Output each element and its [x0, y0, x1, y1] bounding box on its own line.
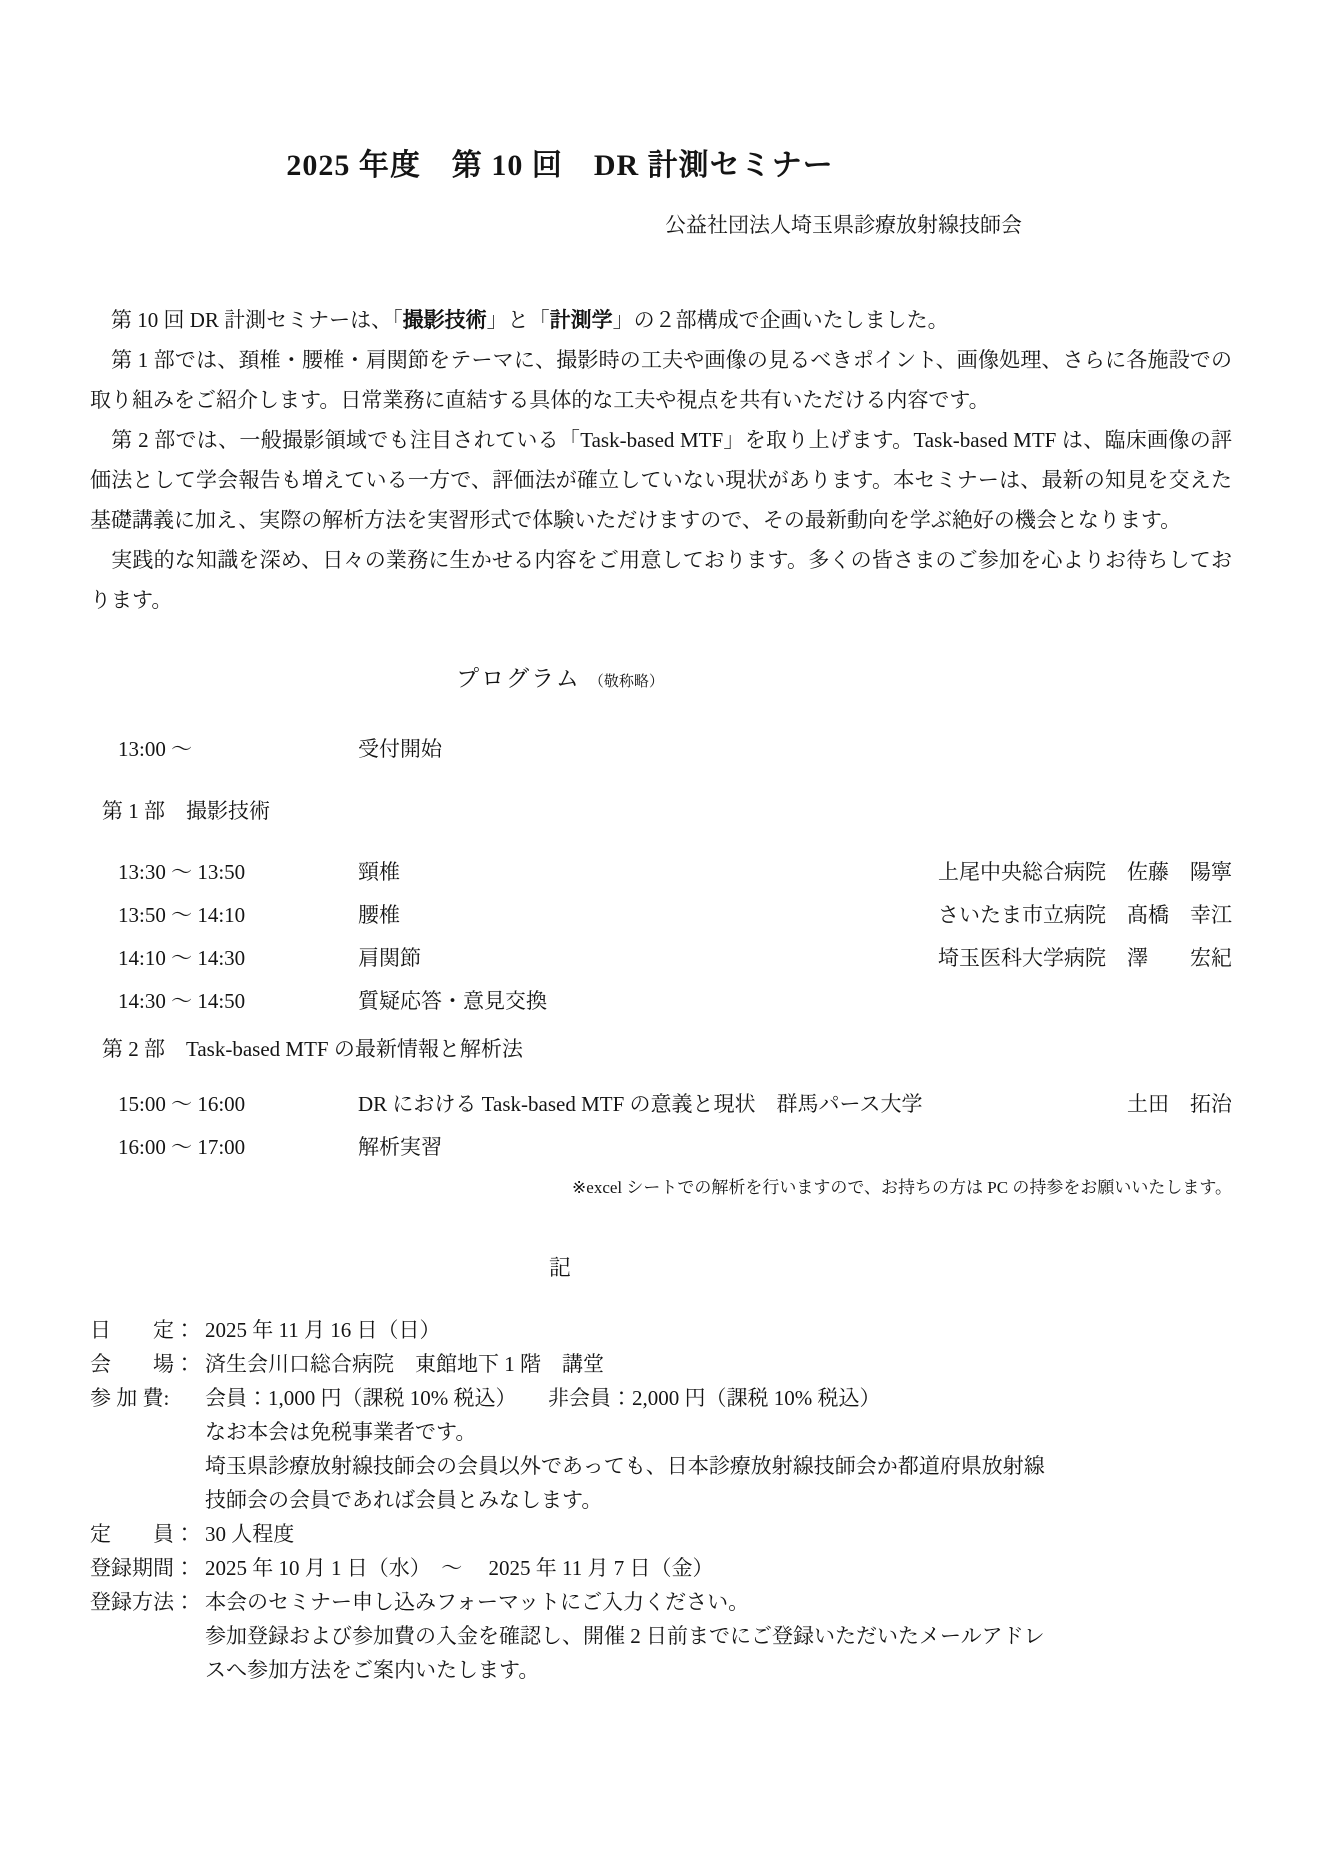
session-topic: 頸椎 — [358, 851, 938, 894]
session-topic: DR における Task-based MTF の意義と現状 群馬パース大学 — [358, 1083, 1127, 1126]
session-speaker: さいたま市立病院 髙橋 幸江 — [938, 894, 1232, 937]
part1-rows: 13:30 ～ 13:50 頸椎 上尾中央総合病院 佐藤 陽寧 13:50 ～ … — [90, 851, 1232, 1023]
program-row: 14:10 ～ 14:30 肩関節 埼玉医科大学病院 澤 宏紀 — [90, 937, 1232, 980]
session-speaker: 埼玉医科大学病院 澤 宏紀 — [938, 937, 1232, 980]
session-topic: 腰椎 — [358, 894, 938, 937]
detail-line: 本会のセミナー申し込みフォーマットにご入力ください。 — [205, 1585, 1232, 1619]
detail-line: 2025 年 11 月 16 日（日） — [205, 1313, 1232, 1347]
program-heading-title: プログラム — [456, 666, 581, 691]
excel-note: ※excel シートでの解析を行いますので、お持ちの方は PC の持参をお願いい… — [90, 1173, 1232, 1203]
program-row: 13:30 ～ 13:50 頸椎 上尾中央総合病院 佐藤 陽寧 — [90, 851, 1232, 894]
detail-line: 2025 年 10 月 1 日（水） ～ 2025 年 11 月 7 日（金） — [205, 1551, 1232, 1585]
reception-label: 受付開始 — [358, 731, 442, 767]
reception-time: 13:00 ～ — [118, 731, 358, 767]
session-topic: 解析実習 — [358, 1126, 1232, 1169]
detail-line: 30 人程度 — [205, 1517, 1232, 1551]
intro-p1-bold-measurement: 計測学 — [550, 308, 613, 332]
detail-value: 済生会川口総合病院 東館地下 1 階 講堂 — [205, 1347, 1232, 1381]
session-time: 13:50 ～ 14:10 — [118, 894, 358, 937]
detail-row-registration-period: 登録期間： 2025 年 10 月 1 日（水） ～ 2025 年 11 月 7… — [90, 1551, 1232, 1585]
session-time: 14:30 ～ 14:50 — [118, 980, 358, 1023]
session-time: 14:10 ～ 14:30 — [118, 937, 358, 980]
detail-row-fee: 参 加 費: 会員：1,000 円（課税 10% 税込） 非会員：2,000 円… — [90, 1381, 1232, 1517]
detail-label: 定 員： — [90, 1517, 205, 1551]
session-time: 13:30 ～ 13:50 — [118, 851, 358, 894]
program-row: 15:00 ～ 16:00 DR における Task-based MTF の意義… — [90, 1083, 1232, 1126]
session-time: 15:00 ～ 16:00 — [118, 1083, 358, 1126]
program-row-reception: 13:00 ～受付開始 — [90, 731, 1232, 767]
intro-section: 第 10 回 DR 計測セミナーは、「撮影技術」と「計測学」の２部構成で企画いた… — [90, 300, 1232, 620]
session-time: 16:00 ～ 17:00 — [118, 1126, 358, 1169]
intro-p1-pre: 第 10 回 DR 計測セミナーは、「 — [90, 308, 403, 332]
program-heading: プログラム（敬称略） — [90, 662, 1232, 699]
organization-line: 公益社団法人埼玉県診療放射線技師会 — [90, 210, 1232, 240]
part1-heading: 第 1 部 撮影技術 — [90, 793, 1232, 829]
detail-value: 本会のセミナー申し込みフォーマットにご入力ください。 参加登録および参加費の入金… — [205, 1585, 1232, 1687]
detail-value: 会員：1,000 円（課税 10% 税込） 非会員：2,000 円（課税 10%… — [205, 1381, 1232, 1517]
detail-value: 2025 年 11 月 16 日（日） — [205, 1313, 1232, 1347]
detail-row-venue: 会 場： 済生会川口総合病院 東館地下 1 階 講堂 — [90, 1347, 1232, 1381]
session-topic: 質疑応答・意見交換 — [358, 980, 1232, 1023]
detail-label: 登録方法： — [90, 1585, 205, 1687]
intro-p1-bold-shooting: 撮影技術 — [403, 308, 487, 332]
detail-line: なお本会は免税事業者です。 — [205, 1415, 1232, 1449]
intro-paragraph-1: 第 10 回 DR 計測セミナーは、「撮影技術」と「計測学」の２部構成で企画いた… — [90, 300, 1232, 340]
detail-line: 技師会の会員であれば会員とみなします。 — [205, 1483, 1232, 1517]
detail-label: 参 加 費: — [90, 1381, 205, 1517]
detail-row-capacity: 定 員： 30 人程度 — [90, 1517, 1232, 1551]
detail-line: スへ参加方法をご案内いたします。 — [205, 1653, 1232, 1687]
detail-label: 登録期間： — [90, 1551, 205, 1585]
document-page: 2025 年度 第 10 回 DR 計測セミナー 公益社団法人埼玉県診療放射線技… — [0, 0, 1322, 1870]
detail-line: 参加登録および参加費の入金を確認し、開催 2 日前までにご登録いただいたメールア… — [205, 1619, 1232, 1653]
intro-paragraph-3: 第 2 部では、一般撮影領域でも注目されている「Task-based MTF」を… — [90, 420, 1232, 540]
intro-paragraph-2: 第 1 部では、頚椎・腰椎・肩関節をテーマに、撮影時の工夫や画像の見るべきポイン… — [90, 340, 1232, 420]
detail-line: 会員：1,000 円（課税 10% 税込） 非会員：2,000 円（課税 10%… — [205, 1381, 1232, 1415]
detail-row-registration-method: 登録方法： 本会のセミナー申し込みフォーマットにご入力ください。 参加登録および… — [90, 1585, 1232, 1687]
program-row: 13:50 ～ 14:10 腰椎 さいたま市立病院 髙橋 幸江 — [90, 894, 1232, 937]
part2-rows: 15:00 ～ 16:00 DR における Task-based MTF の意義… — [90, 1083, 1232, 1169]
program-row: 16:00 ～ 17:00 解析実習 — [90, 1126, 1232, 1169]
part2-heading: 第 2 部 Task-based MTF の最新情報と解析法 — [90, 1031, 1232, 1067]
detail-line: 埼玉県診療放射線技師会の会員以外であっても、日本診療放射線技師会か都道府県放射線 — [205, 1449, 1232, 1483]
session-topic: 肩関節 — [358, 937, 938, 980]
detail-line: 済生会川口総合病院 東館地下 1 階 講堂 — [205, 1347, 1232, 1381]
detail-label: 会 場： — [90, 1347, 205, 1381]
session-speaker: 上尾中央総合病院 佐藤 陽寧 — [938, 851, 1232, 894]
intro-paragraph-4: 実践的な知識を深め、日々の業務に生かせる内容をご用意しております。多くの皆さまの… — [90, 540, 1232, 620]
detail-value: 30 人程度 — [205, 1517, 1232, 1551]
session-speaker: 土田 拓治 — [1127, 1083, 1232, 1126]
intro-p1-post: 」の２部構成で企画いたしました。 — [613, 308, 949, 332]
details-heading: 記 — [90, 1251, 1232, 1285]
detail-value: 2025 年 10 月 1 日（水） ～ 2025 年 11 月 7 日（金） — [205, 1551, 1232, 1585]
details-section: 日 定： 2025 年 11 月 16 日（日） 会 場： 済生会川口総合病院 … — [90, 1313, 1232, 1687]
detail-label: 日 定： — [90, 1313, 205, 1347]
program-heading-note: （敬称略） — [589, 674, 664, 690]
program-row: 14:30 ～ 14:50 質疑応答・意見交換 — [90, 980, 1232, 1023]
intro-p1-mid: 」と「 — [487, 308, 550, 332]
page-title: 2025 年度 第 10 回 DR 計測セミナー — [90, 148, 1232, 184]
detail-row-date: 日 定： 2025 年 11 月 16 日（日） — [90, 1313, 1232, 1347]
